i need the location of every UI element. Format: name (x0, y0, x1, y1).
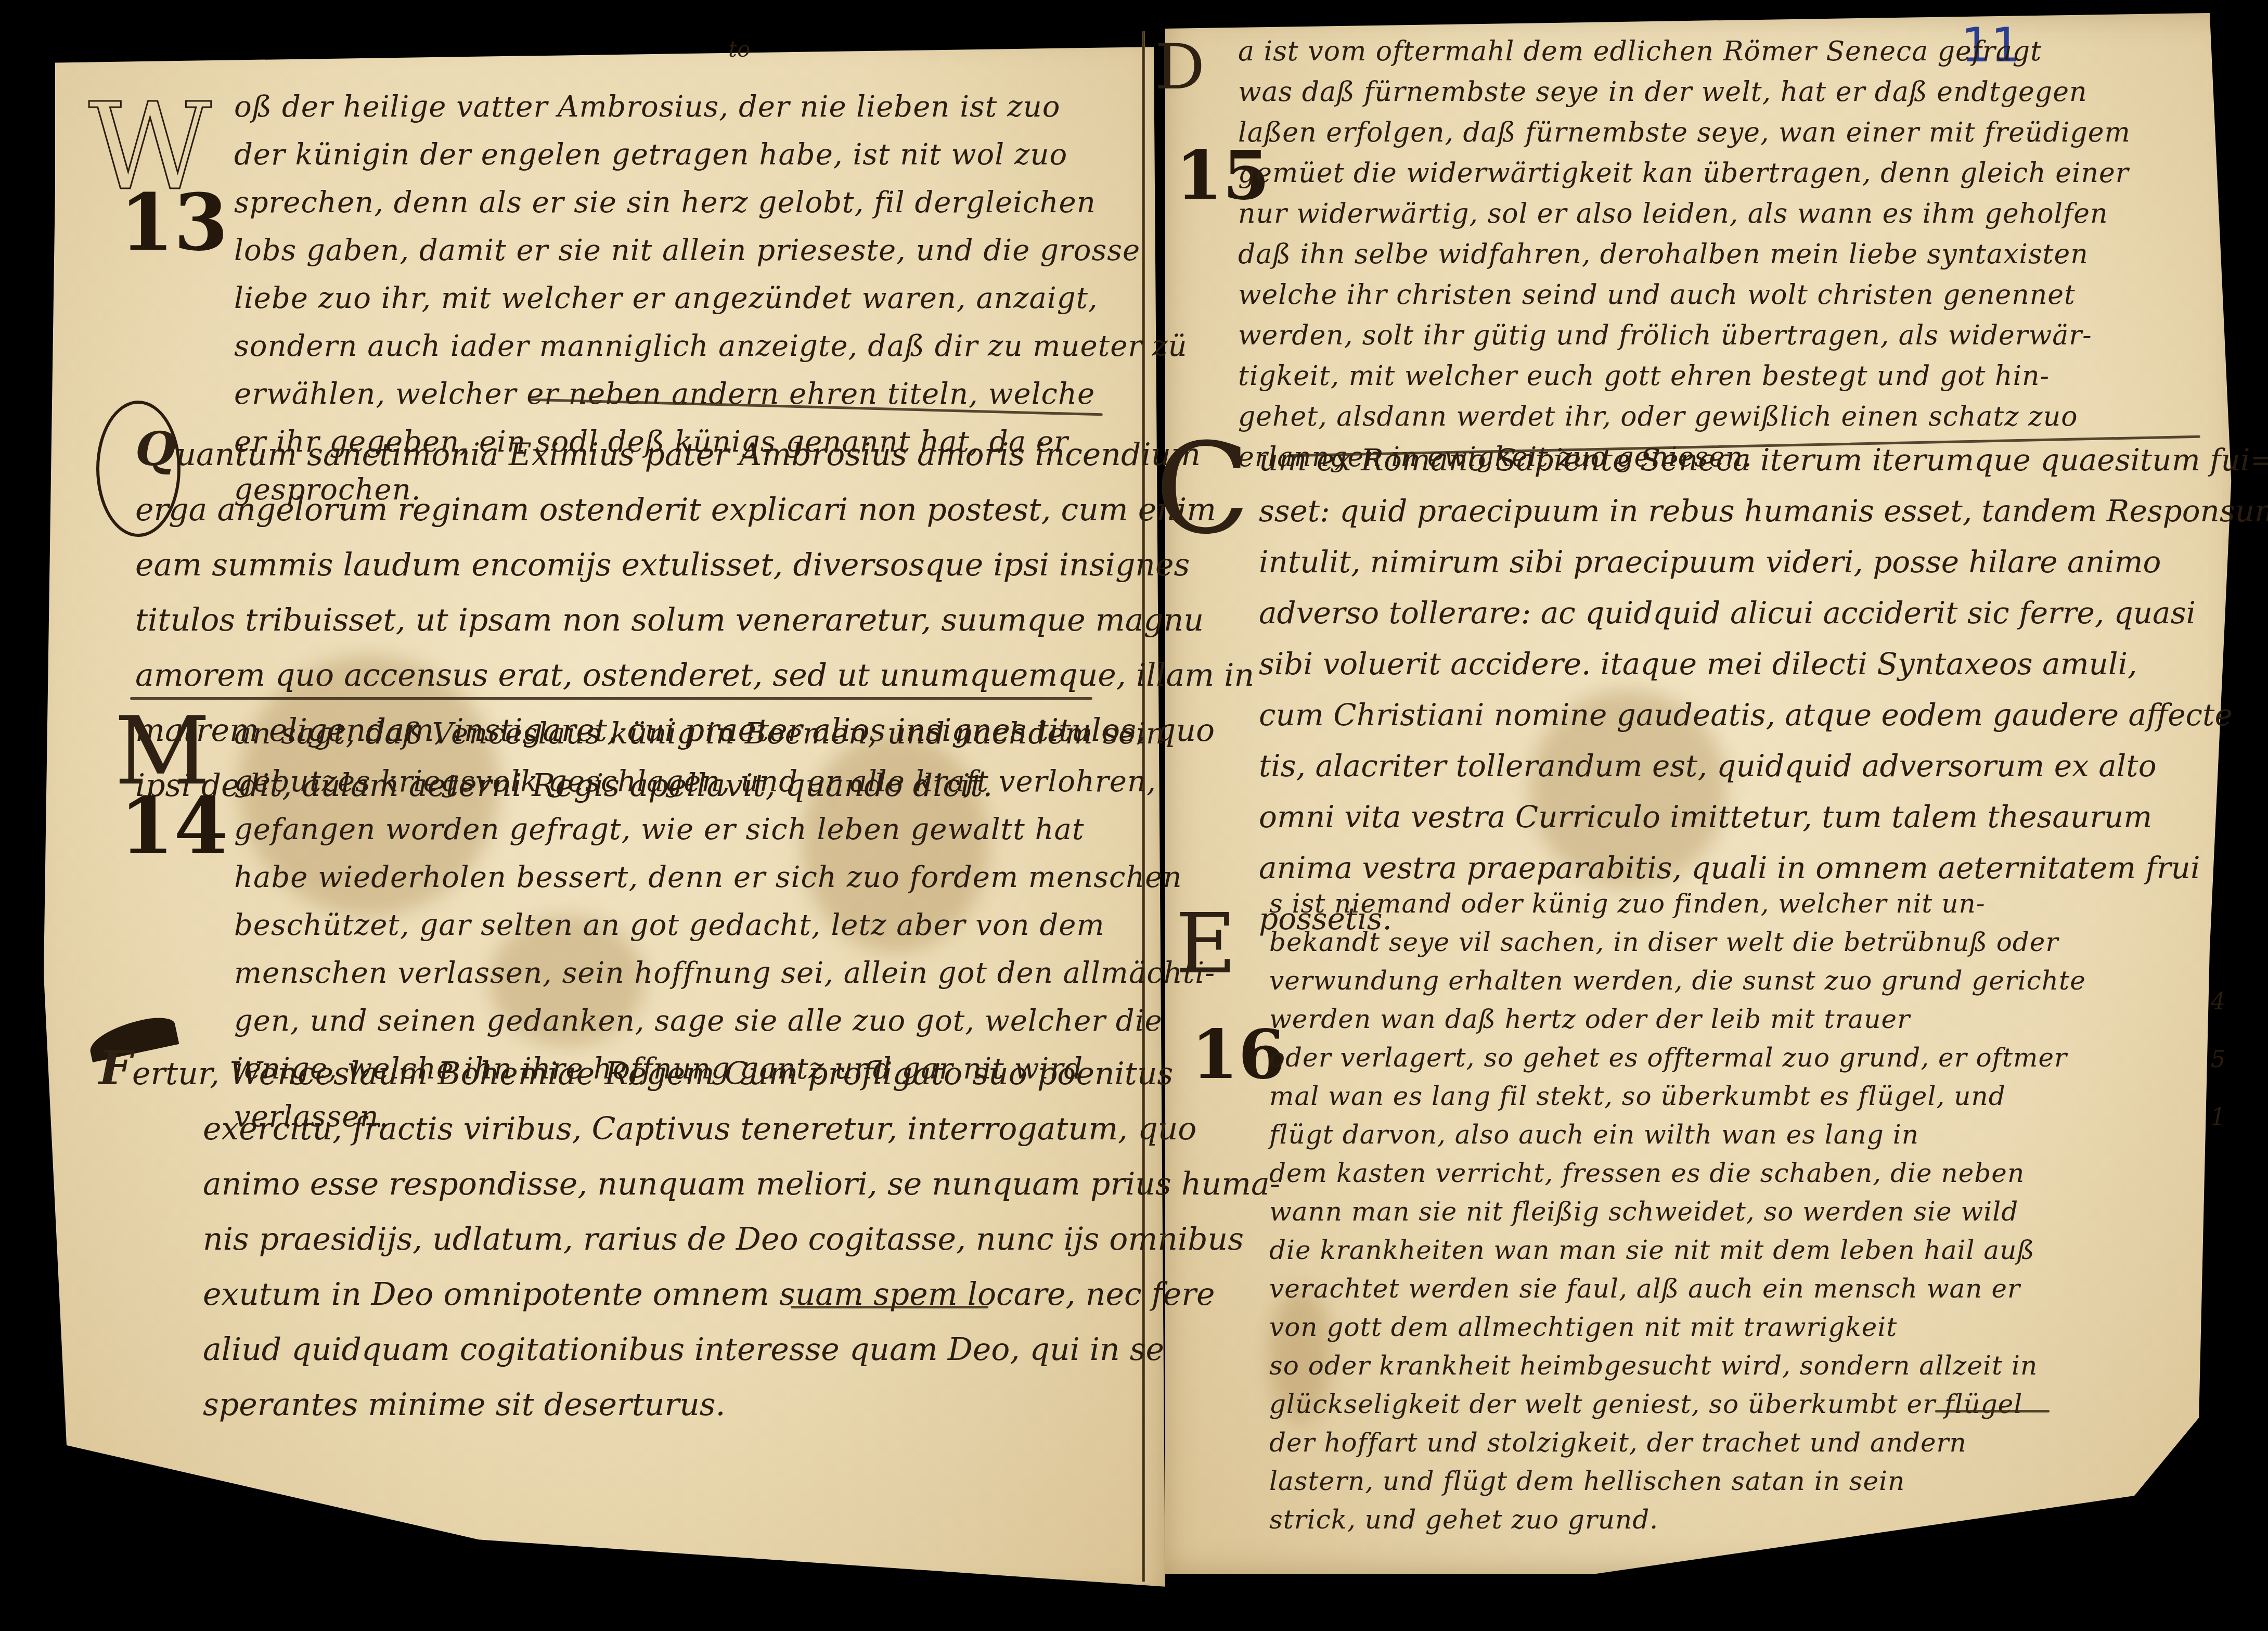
initial-q: Q (135, 421, 176, 477)
text-line: cum Christiani nomine gaudeatis, atque e… (1259, 689, 2221, 740)
text-line: eam summis laudum encomijs extulisset, d… (135, 537, 1124, 593)
text-line: exercitu, fractis viribus, Captivus tene… (99, 1101, 1113, 1157)
text-line: an sagt, daß Venceslaus künig in Boemen,… (234, 710, 1118, 758)
text-line: sibi voluerit accidere. itaque mei dilec… (1259, 638, 2221, 689)
text-line: oß der heilige vatter Ambrosius, der nie… (234, 83, 1118, 131)
text-line: sperantes minime sit deserturus. (99, 1377, 1113, 1432)
text-line: sset: quid praecipuum in rebus humanis e… (1259, 485, 2221, 536)
text-line: amorem quo accensus erat, ostenderet, se… (135, 648, 1124, 703)
text-line: exutum in Deo omnipotente omnem suam spe… (99, 1267, 1113, 1322)
text-line: sondern auch iader manniglich anzeigte, … (234, 323, 1118, 370)
text-line: Fertur, Wenceslaum Bohemiae Regem Cum pr… (99, 1041, 1113, 1101)
text-line: animo esse respondisse, nunquam meliori,… (99, 1157, 1113, 1212)
manuscript-spread: to W 13 oß der heilige vatter Ambrosius,… (0, 0, 2268, 1631)
section-end-rule (1935, 1410, 2050, 1412)
section-number-13: 13 (120, 177, 228, 268)
text-line: die krankheiten wan man sie nit mit dem … (1269, 1231, 2206, 1269)
text-line: verwundung erhalten werden, die sunst zu… (1269, 961, 2206, 1000)
text-line: der hoffart und stolzigkeit, der trachet… (1269, 1423, 2206, 1462)
text-line: mal wan es lang fil stekt, so überkumbt … (1269, 1077, 2206, 1115)
text-line: daß ihn selbe widfahren, derohalben mein… (1238, 234, 2216, 275)
text-line: beschützet, gar selten an got gedacht, l… (234, 902, 1118, 949)
section-divider (130, 697, 1092, 700)
text-line: glückseligkeit der welt geniest, so über… (1269, 1385, 2206, 1423)
text-line: Quantum sanctimonia Eximius pater Ambros… (135, 421, 1124, 482)
initial-d: D (1155, 31, 1205, 104)
initial-e: E (1176, 895, 1236, 992)
section-15-german-text: a ist vom oftermahl dem edlichen Römer S… (1238, 31, 2216, 478)
right-margin-notes: 4 5 1 (2211, 988, 2225, 1131)
text-line: omni vita vestra Curriculo imittetur, tu… (1259, 791, 2221, 842)
text-line: gebutzes kriegsvolk geschlagen, und er a… (234, 758, 1118, 806)
text-line: dem kasten verricht, fressen es die scha… (1269, 1154, 2206, 1192)
text-line: von gott dem allmechtigen nit mit trawri… (1269, 1308, 2206, 1346)
text-line: a ist vom oftermahl dem edlichen Römer S… (1238, 31, 2216, 72)
text-line: der künigin der engelen getragen habe, i… (234, 131, 1118, 179)
text-line: lastern, und flügt dem hellischen satan … (1269, 1462, 2206, 1500)
text-line: tis, alacriter tollerandum est, quidquid… (1259, 740, 2221, 791)
text-line: lobs gaben, damit er sie nit allein prie… (234, 227, 1118, 275)
text-line: aliud quidquam cogitationibus interesse … (99, 1322, 1113, 1377)
text-line: um ex Romano Sapiente Seneca iterum iter… (1259, 434, 2221, 485)
section-15-latin-text: um ex Romano Sapiente Seneca iterum iter… (1259, 434, 2221, 944)
text-line: erga angelorum reginam ostenderit explic… (135, 482, 1124, 537)
text-line: intulit, nimirum sibi praecipuum videri,… (1259, 536, 2221, 587)
text-line: gemüet die widerwärtigkeit kan übertrage… (1238, 153, 2216, 194)
text-line: wann man sie nit fleißig schweidet, so w… (1269, 1192, 2206, 1231)
text-line: tigkeit, mit welcher euch gott ehren bes… (1238, 356, 2216, 396)
section-end-rule (791, 1306, 988, 1308)
text-line: s ist niemand oder künig zuo finden, wel… (1269, 884, 2206, 923)
margin-note: 1 (2211, 1104, 2225, 1131)
text-line: so oder krankheit heimbgesucht wird, son… (1269, 1346, 2206, 1385)
text-line: werden wan daß hertz oder der leib mit t… (1269, 1000, 2206, 1038)
text-line: bekandt seye vil sachen, in diser welt d… (1269, 923, 2206, 961)
text-line: strick, und gehet zuo grund. (1269, 1500, 2206, 1539)
section-number-14: 14 (120, 780, 228, 872)
initial-f: F (99, 1041, 132, 1096)
text-line: habe wiederholen bessert, denn er sich z… (234, 854, 1118, 902)
text-line-content: ertur, Wenceslaum Bohemiae Regem Cum pro… (132, 1056, 1173, 1092)
text-line: gen, und seinen gedanken, sage sie alle … (234, 997, 1118, 1045)
text-line: oder verlagert, so gehet es offtermal zu… (1269, 1038, 2206, 1077)
text-line: gefangen worden gefragt, wie er sich leb… (234, 806, 1118, 854)
text-line: liebe zuo ihr, mit welcher er angezündet… (234, 275, 1118, 323)
initial-c: C (1155, 416, 1251, 562)
section-14-latin-text: Fertur, Wenceslaum Bohemiae Regem Cum pr… (99, 1041, 1113, 1432)
text-line: was daß fürnembste seye in der welt, hat… (1238, 72, 2216, 112)
text-line: welche ihr christen seind und auch wolt … (1238, 275, 2216, 315)
text-line: verachtet werden sie faul, alß auch ein … (1269, 1269, 2206, 1308)
text-line: adverso tollerare: ac quidquid alicui ac… (1259, 587, 2221, 638)
text-line: nur widerwärtig, sol er also leiden, als… (1238, 194, 2216, 234)
text-line: gehet, alsdann werdet ihr, oder gewißlic… (1238, 396, 2216, 437)
text-line: werden, solt ihr gütig und frölich übert… (1238, 315, 2216, 356)
text-line: sprechen, denn als er sie sin herz gelob… (234, 179, 1118, 227)
text-line: flügt darvon, also auch ein wilth wan es… (1269, 1115, 2206, 1154)
text-line: menschen verlassen, sein hoffnung sei, a… (234, 949, 1118, 997)
top-catchword: to (728, 36, 750, 62)
section-16-german-text: s ist niemand oder künig zuo finden, wel… (1269, 884, 2206, 1539)
text-line: titulos tribuisset, ut ipsam non solum v… (135, 593, 1124, 648)
text-line: nis praesidijs, udlatum, rarius de Deo c… (99, 1212, 1113, 1267)
margin-note: 5 (2211, 1046, 2225, 1073)
text-line: laßen erfolgen, daß fürnembste seye, wan… (1238, 112, 2216, 153)
text-line-content: uantum sanctimonia Eximius pater Ambrosi… (176, 436, 1201, 473)
margin-note: 4 (2211, 988, 2225, 1015)
